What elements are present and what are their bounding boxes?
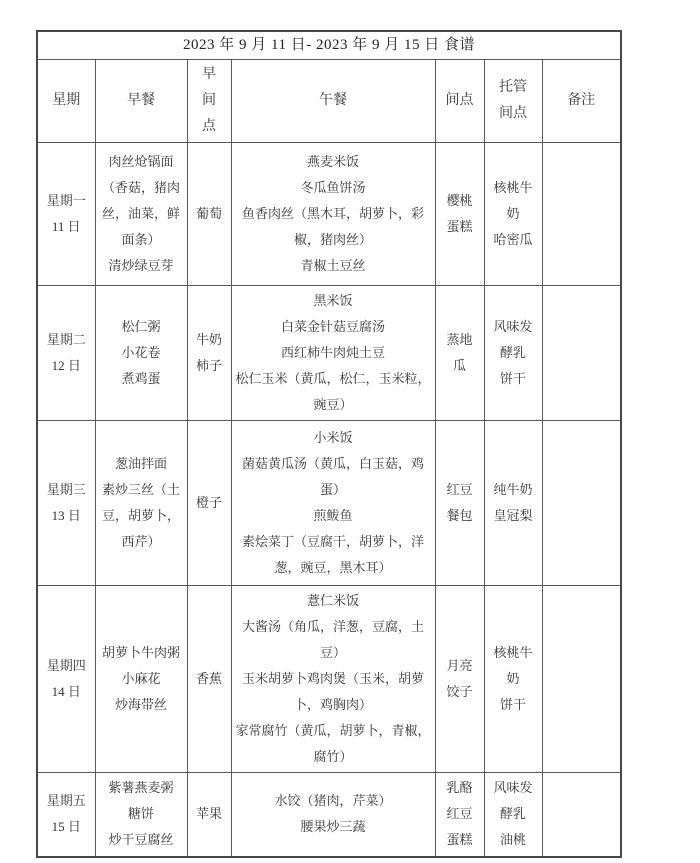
table-row-wednesday: 星期三 13 日 葱油拌面 素炒三丝（土豆，胡萝卜，西芹） 橙子 小米饭 菌菇黄… — [37, 420, 621, 585]
col-header-daycare-snack: 托管 间点 — [484, 59, 542, 142]
title-row: 2023 年 9 月 11 日- 2023 年 9 月 15 日 食谱 — [37, 31, 621, 59]
document-page: 2023 年 9 月 11 日- 2023 年 9 月 15 日 食谱 星期 早… — [36, 30, 622, 858]
col-header-lunch: 午餐 — [231, 59, 435, 142]
cell-breakfast: 肉丝炝锅面（香菇，猪肉丝，油菜，鲜面条） 清炒绿豆芽 — [95, 142, 187, 285]
cell-afternoon-snack: 蒸地 瓜 — [435, 285, 484, 420]
cell-morning-snack: 香蕉 — [187, 585, 231, 772]
cell-afternoon-snack: 樱桃 蛋糕 — [435, 142, 484, 285]
cell-morning-snack: 橙子 — [187, 420, 231, 585]
cell-breakfast: 胡萝卜牛肉粥 小麻花 炒海带丝 — [95, 585, 187, 772]
cell-daycare-snack: 核桃牛奶 饼干 — [484, 585, 542, 772]
cell-afternoon-snack: 乳酪 红豆 蛋糕 — [435, 772, 484, 857]
table-row-monday: 星期一 11 日 肉丝炝锅面（香菇，猪肉丝，油菜，鲜面条） 清炒绿豆芽 葡萄 燕… — [37, 142, 621, 285]
col-header-notes: 备注 — [542, 59, 621, 142]
table-row-friday: 星期五 15 日 紫薯燕麦粥 糖饼 炒干豆腐丝 苹果 水饺（猪肉，芹菜） 腰果炒… — [37, 772, 621, 857]
col-header-morning-snack: 早 间 点 — [187, 59, 231, 142]
cell-lunch: 燕麦米饭 冬瓜鱼饼汤 鱼香肉丝（黑木耳，胡萝卜，彩椒，猪肉丝） 青椒土豆丝 — [231, 142, 435, 285]
col-header-breakfast: 早餐 — [95, 59, 187, 142]
cell-day: 星期三 13 日 — [37, 420, 95, 585]
cell-daycare-snack: 核桃牛奶 哈密瓜 — [484, 142, 542, 285]
cell-day: 星期一 11 日 — [37, 142, 95, 285]
cell-notes — [542, 585, 621, 772]
cell-morning-snack: 葡萄 — [187, 142, 231, 285]
cell-daycare-snack: 风味发酵乳 饼干 — [484, 285, 542, 420]
cell-lunch: 薏仁米饭 大酱汤（角瓜，洋葱，豆腐，土豆） 玉米胡萝卜鸡肉煲（玉米，胡萝卜，鸡胸… — [231, 585, 435, 772]
cell-daycare-snack: 风味发酵乳 油桃 — [484, 772, 542, 857]
cell-day: 星期二 12 日 — [37, 285, 95, 420]
cell-notes — [542, 142, 621, 285]
cell-morning-snack: 牛奶 柿子 — [187, 285, 231, 420]
cell-breakfast: 葱油拌面 素炒三丝（土豆，胡萝卜，西芹） — [95, 420, 187, 585]
cell-morning-snack: 苹果 — [187, 772, 231, 857]
cell-day: 星期五 15 日 — [37, 772, 95, 857]
col-header-afternoon-snack: 间点 — [435, 59, 484, 142]
table-row-thursday: 星期四 14 日 胡萝卜牛肉粥 小麻花 炒海带丝 香蕉 薏仁米饭 大酱汤（角瓜，… — [37, 585, 621, 772]
page-title: 2023 年 9 月 11 日- 2023 年 9 月 15 日 食谱 — [37, 31, 621, 59]
cell-afternoon-snack: 红豆 餐包 — [435, 420, 484, 585]
header-row: 星期 早餐 早 间 点 午餐 间点 托管 间点 备注 — [37, 59, 621, 142]
cell-breakfast: 紫薯燕麦粥 糖饼 炒干豆腐丝 — [95, 772, 187, 857]
col-header-day: 星期 — [37, 59, 95, 142]
cell-lunch: 水饺（猪肉，芹菜） 腰果炒三蔬 — [231, 772, 435, 857]
menu-table: 2023 年 9 月 11 日- 2023 年 9 月 15 日 食谱 星期 早… — [36, 30, 622, 858]
cell-breakfast: 松仁粥 小花卷 煮鸡蛋 — [95, 285, 187, 420]
cell-day: 星期四 14 日 — [37, 585, 95, 772]
cell-notes — [542, 772, 621, 857]
cell-daycare-snack: 纯牛奶 皇冠梨 — [484, 420, 542, 585]
cell-notes — [542, 285, 621, 420]
cell-afternoon-snack: 月亮 饺子 — [435, 585, 484, 772]
cell-lunch: 黑米饭 白菜金针菇豆腐汤 西红柿牛肉炖土豆 松仁玉米（黄瓜，松仁，玉米粒，豌豆） — [231, 285, 435, 420]
table-row-tuesday: 星期二 12 日 松仁粥 小花卷 煮鸡蛋 牛奶 柿子 黑米饭 白菜金针菇豆腐汤 … — [37, 285, 621, 420]
cell-lunch: 小米饭 菌菇黄瓜汤（黄瓜，白玉菇，鸡蛋） 煎鲅鱼 素烩菜丁（豆腐干，胡萝卜，洋葱… — [231, 420, 435, 585]
cell-notes — [542, 420, 621, 585]
